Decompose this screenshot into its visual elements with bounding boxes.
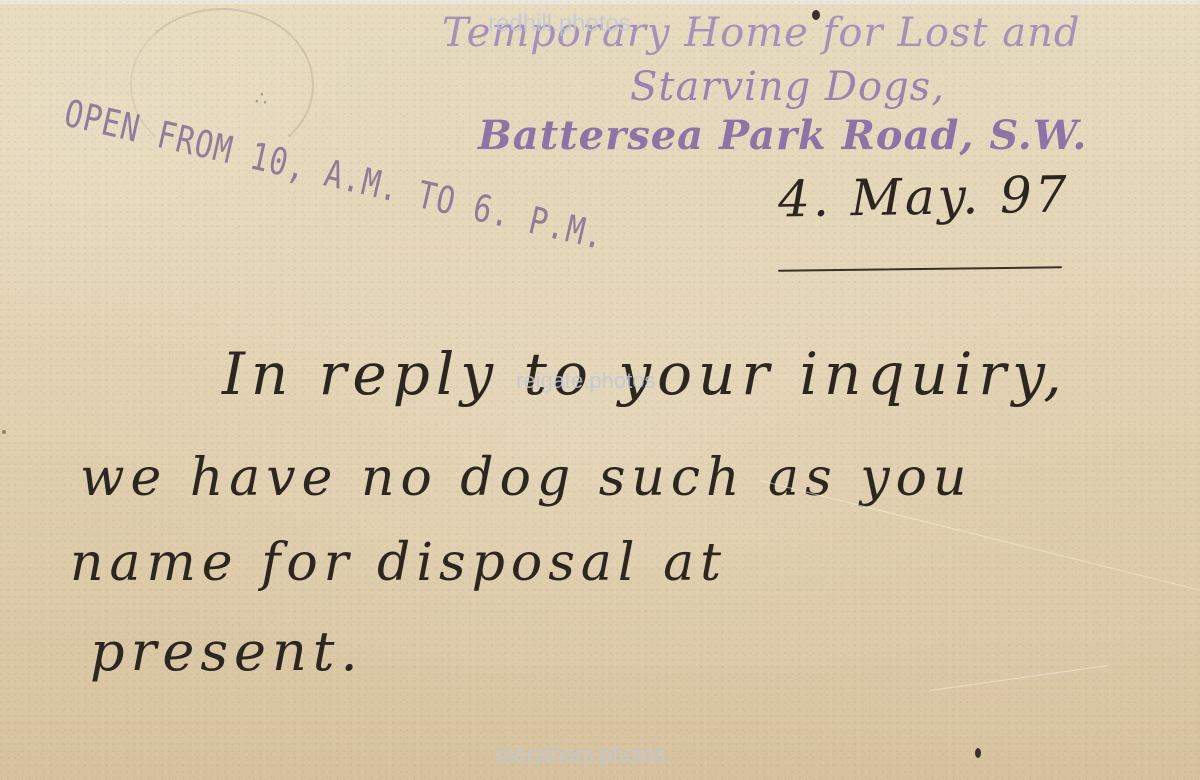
letterhead-line-2: Starving Dogs, bbox=[630, 64, 945, 110]
paper-crease bbox=[760, 480, 1200, 592]
message-line-3: name for disposal at bbox=[70, 533, 727, 593]
ink-speck bbox=[812, 10, 820, 20]
date-underline bbox=[778, 266, 1062, 271]
postcard: ∴ Temporary Home for Lost and Starving D… bbox=[0, 0, 1200, 780]
watermark-top: redhill.photos bbox=[488, 10, 631, 38]
ink-speck bbox=[2, 430, 6, 434]
scan-top-edge bbox=[0, 0, 1200, 4]
watermark-middle: reigate.photos bbox=[516, 368, 655, 394]
paper-crease bbox=[930, 665, 1108, 691]
letterhead-line-3: Battersea Park Road, S.W. bbox=[478, 112, 1087, 159]
ink-speck bbox=[975, 748, 981, 758]
message-line-4: present. bbox=[90, 620, 364, 683]
handwritten-date: 4. May. 97 bbox=[778, 165, 1071, 228]
watermark-bottom: merstham.photos bbox=[496, 742, 666, 768]
